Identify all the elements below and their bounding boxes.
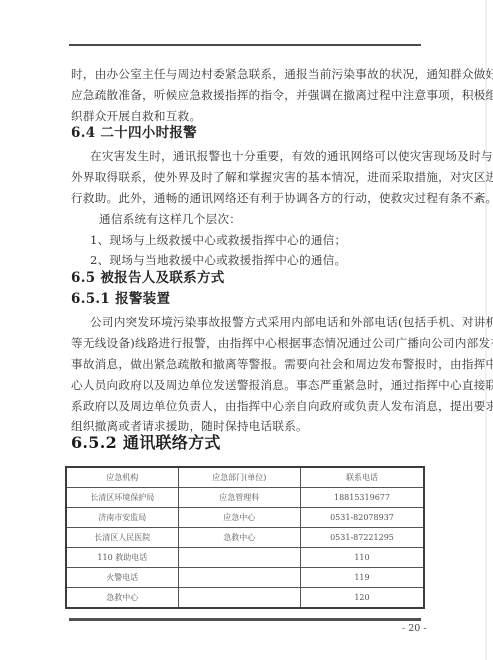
cell-agency: 长清区人民医院: [66, 528, 178, 548]
body-text-line: 事故消息，做出紧急疏散和撤离等警报。需要向社会和周边发布警报时，由指挥中: [71, 357, 421, 371]
levels-intro: 通信系统有这样几个层次：: [99, 212, 449, 226]
body-text-line: 心人员向政府以及周边单位发送警报消息。事态严重紧急时，通过指挥中心直接联: [71, 378, 421, 392]
section-heading-6-5: 6.5 被报告人及联系方式: [71, 271, 421, 285]
cell-phone: 120: [300, 588, 424, 609]
table-row: 急救中心 120: [66, 588, 424, 609]
cell-phone: 0531-82078937: [300, 508, 424, 528]
cell-phone: 0531-87221295: [300, 528, 424, 548]
header-cell-department: 应急部门(单位): [178, 467, 300, 488]
list-item: 2、现场与当地救援中心或救援指挥中心的通信。: [90, 253, 440, 267]
body-text-line: 等无线设备)线路进行报警，由指挥中心根据事态情况通过公司广播向公司内部发布: [71, 336, 421, 350]
page-number: - 20 -: [402, 623, 427, 634]
list-item: 1、现场与上级救援中心或救援指挥中心的通信；: [90, 233, 440, 247]
cell-agency: 长清区环境保护局: [66, 488, 178, 508]
cell-department: [178, 548, 300, 568]
footer-rule: [69, 618, 421, 621]
cell-phone: 110: [300, 548, 424, 568]
body-text-line: 系政府以及周边单位负责人，由指挥中心亲自向政府或负责人发布消息，提出要求: [71, 399, 421, 413]
body-text-line: 公司内突发环境污染事故报警方式采用内部电话和外部电话(包括手机、对讲机: [90, 315, 440, 329]
table-row: 济南市安监局 应急中心 0531-82078937: [66, 508, 424, 528]
table-row: 110 救助电话 110: [66, 548, 424, 568]
header-rule: [69, 44, 421, 46]
header-cell-agency: 应急机构: [66, 467, 178, 488]
body-text-line: 外界取得联系，使外界及时了解和掌握灾害的基本情况，进而采取措施，对灾区进: [71, 170, 421, 184]
subsection-heading-6-5-1: 6.5.1 报警装置: [71, 292, 421, 306]
cell-phone: 18815319677: [300, 488, 424, 508]
cell-department: 应急中心: [178, 508, 300, 528]
cell-phone: 119: [300, 568, 424, 588]
cell-agency: 济南市安监局: [66, 508, 178, 528]
table-row: 长清区环境保护局 应急管理科 18815319677: [66, 488, 424, 508]
cell-department: 急救中心: [178, 528, 300, 548]
table-header-row: 应急机构 应急部门(单位) 联系电话: [66, 467, 424, 488]
section-heading-6-4: 6.4 二十四小时报警: [71, 126, 421, 140]
cell-agency: 110 救助电话: [66, 548, 178, 568]
header-cell-phone: 联系电话: [300, 467, 424, 488]
body-text-line: 应急疏散准备，听候应急救援指挥的指令，并强调在撤离过程中注意事项，积极组: [71, 88, 421, 102]
cell-agency: 火警电话: [66, 568, 178, 588]
cell-department: [178, 568, 300, 588]
cell-department: [178, 588, 300, 609]
body-text-line: 时，由办公室主任与周边村委紧急联系，通报当前污染事故的状况，通知群众做好: [71, 67, 421, 81]
table-row: 火警电话 119: [66, 568, 424, 588]
body-text-line: 组织撤离或者请求援助，随时保持电话联系。: [71, 419, 421, 433]
body-text-line: 行救助。此外，通畅的通讯网络还有利于协调各方的行动，使救灾过程有条不紊。: [71, 191, 421, 205]
subsection-heading-6-5-2: 6.5.2 通讯联络方式: [71, 436, 421, 450]
body-text-line: 在灾害发生时，通讯报警也十分重要，有效的通讯网络可以使灾害现场及时与: [90, 149, 440, 163]
cell-agency: 急救中心: [66, 588, 178, 609]
cell-department: 应急管理科: [178, 488, 300, 508]
emergency-contacts-table: 应急机构 应急部门(单位) 联系电话 长清区环境保护局 应急管理科 188153…: [65, 466, 425, 609]
body-text-line: 织群众开展自救和互救。: [71, 109, 421, 123]
table-row: 长清区人民医院 急救中心 0531-87221295: [66, 528, 424, 548]
